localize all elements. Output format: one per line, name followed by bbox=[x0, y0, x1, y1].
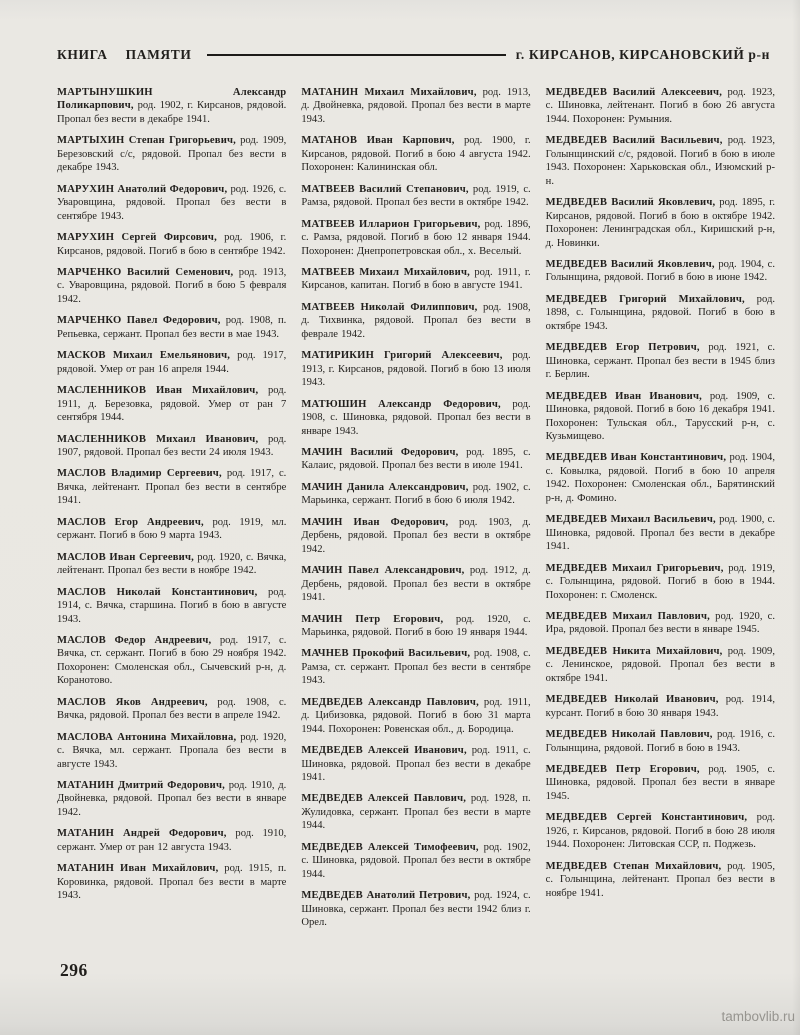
entry-name: МАЧИН Павел Александрович, bbox=[301, 565, 464, 576]
memorial-entry: МЕДВЕДЕВ Василий Васильевич, род. 1923, … bbox=[546, 134, 775, 188]
memorial-entry: МАТВЕЕВ Василий Степанович, род. 1919, с… bbox=[301, 183, 530, 210]
memorial-entry: МАТАНИН Иван Михайлович, род. 1915, п. К… bbox=[57, 862, 286, 902]
entry-name: МАТИРИКИН Григорий Алексеевич, bbox=[301, 350, 502, 361]
entry-name: МЕДВЕДЕВ Петр Егорович, bbox=[546, 764, 700, 775]
entry-name: МЕДВЕДЕВ Степан Михайлович, bbox=[546, 861, 722, 872]
memorial-entry: МЕДВЕДЕВ Василий Яковлевич, род. 1904, с… bbox=[546, 258, 775, 285]
memorial-entry: МАТИРИКИН Григорий Алексеевич, род. 1913… bbox=[301, 349, 530, 389]
memorial-entry: МЕДВЕДЕВ Михаил Григорьевич, род. 1919, … bbox=[546, 562, 775, 602]
entry-name: МАТАНОВ Иван Карпович, bbox=[301, 135, 454, 146]
memorial-entry: МАСЛОВ Иван Сергеевич, род. 1920, с. Вяч… bbox=[57, 551, 286, 578]
memorial-entry: МАЧИН Иван Федорович, род. 1903, д. Дерб… bbox=[301, 516, 530, 556]
memorial-entry: МАСЛОВ Федор Андреевич, род. 1917, с. Вя… bbox=[57, 634, 286, 688]
memorial-entry: МАСЛОВ Яков Андреевич, род. 1908, с. Вяч… bbox=[57, 696, 286, 723]
memorial-entry: МАРЧЕНКО Павел Федорович, род. 1908, п. … bbox=[57, 314, 286, 341]
entries-columns: МАРТЫНУШКИН Александр Поликарпович, род.… bbox=[57, 86, 775, 938]
entry-name: МЕДВЕДЕВ Василий Яковлевич, bbox=[546, 197, 716, 208]
memorial-entry: МЕДВЕДЕВ Алексей Тимофеевич, род. 1902, … bbox=[301, 841, 530, 881]
entry-name: МЕДВЕДЕВ Алексей Тимофеевич, bbox=[301, 842, 478, 853]
entry-name: МАСЛОВА Антонина Михайловна, bbox=[57, 732, 236, 743]
entry-name: МЕДВЕДЕВ Николай Иванович, bbox=[546, 694, 719, 705]
memorial-entry: МАТВЕЕВ Николай Филиппович, род. 1908, д… bbox=[301, 301, 530, 341]
entry-name: МЕДВЕДЕВ Анатолий Петрович, bbox=[301, 890, 470, 901]
memorial-entry: МАСЛЕННИКОВ Михаил Иванович, род. 1907, … bbox=[57, 433, 286, 460]
memorial-entry: МЕДВЕДЕВ Александр Павлович, род. 1911, … bbox=[301, 696, 530, 736]
entry-name: МАТАНИН Михаил Михайлович, bbox=[301, 87, 476, 98]
column-3: МЕДВЕДЕВ Василий Алексеевич, род. 1923, … bbox=[546, 86, 775, 938]
entry-name: МАТВЕЕВ Михаил Михайлович, bbox=[301, 267, 470, 278]
memorial-entry: МАТАНИН Михаил Михайлович, род. 1913, д.… bbox=[301, 86, 530, 126]
entry-name: МАЧНЕВ Прокофий Васильевич, bbox=[301, 648, 470, 659]
page-header: КНИГА ПАМЯТИ г. КИРСАНОВ, КИРСАНОВСКИЙ р… bbox=[57, 47, 770, 63]
entry-name: МЕДВЕДЕВ Сергей Константинович, bbox=[546, 812, 748, 823]
memorial-entry: МЕДВЕДЕВ Егор Петрович, род. 1921, с. Ши… bbox=[546, 341, 775, 381]
memorial-entry: МАЧИН Василий Федорович, род. 1895, с. К… bbox=[301, 446, 530, 473]
entry-name: МЕДВЕДЕВ Николай Павлович, bbox=[546, 729, 713, 740]
entry-name: МАСЛОВ Николай Константинович, bbox=[57, 587, 257, 598]
library-watermark: tambovlib.ru bbox=[721, 1009, 795, 1024]
memorial-entry: МАТАНОВ Иван Карпович, род. 1900, г. Кир… bbox=[301, 134, 530, 174]
memorial-entry: МЕДВЕДЕВ Николай Иванович, род. 1914, ку… bbox=[546, 693, 775, 720]
entry-name: МЕДВЕДЕВ Иван Иванович, bbox=[546, 391, 702, 402]
entry-name: МАРТЫХИН Степан Григорьевич, bbox=[57, 135, 236, 146]
memorial-entry: МАСКОВ Михаил Емельянович, род. 1917, ря… bbox=[57, 349, 286, 376]
memorial-entry: МЕДВЕДЕВ Анатолий Петрович, род. 1924, с… bbox=[301, 889, 530, 929]
entry-name: МАЧИН Данила Александрович, bbox=[301, 482, 468, 493]
entry-name: МАТВЕЕВ Николай Филиппович, bbox=[301, 302, 477, 313]
entry-name: МЕДВЕДЕВ Григорий Михайлович, bbox=[546, 294, 745, 305]
entry-name: МАТАНИН Дмитрий Федорович, bbox=[57, 780, 225, 791]
memorial-entry: МАРТЫНУШКИН Александр Поликарпович, род.… bbox=[57, 86, 286, 126]
page-number: 296 bbox=[60, 960, 88, 981]
region-title: г. КИРСАНОВ, КИРСАНОВСКИЙ р-н bbox=[516, 47, 770, 63]
book-title: КНИГА ПАМЯТИ bbox=[57, 47, 191, 63]
entry-name: МАРЧЕНКО Василий Семенович, bbox=[57, 267, 233, 278]
memorial-entry: МЕДВЕДЕВ Алексей Павлович, род. 1928, п.… bbox=[301, 792, 530, 832]
entry-name: МЕДВЕДЕВ Алексей Иванович, bbox=[301, 745, 467, 756]
entry-name: МАРУХИН Сергей Фирсович, bbox=[57, 232, 217, 243]
memorial-entry: МЕДВЕДЕВ Иван Иванович, род. 1909, с. Ши… bbox=[546, 390, 775, 444]
memorial-entry: МАЧИН Петр Егорович, род. 1920, с. Марьи… bbox=[301, 613, 530, 640]
entry-name: МАЧИН Василий Федорович, bbox=[301, 447, 458, 458]
entry-name: МЕДВЕДЕВ Михаил Васильевич, bbox=[546, 514, 716, 525]
entry-name: МЕДВЕДЕВ Михаил Павлович, bbox=[546, 611, 710, 622]
memorial-entry: МЕДВЕДЕВ Иван Константинович, род. 1904,… bbox=[546, 451, 775, 505]
book-page: КНИГА ПАМЯТИ г. КИРСАНОВ, КИРСАНОВСКИЙ р… bbox=[0, 0, 800, 1035]
entry-name: МАТВЕЕВ Илларион Григорьевич, bbox=[301, 219, 480, 230]
memorial-entry: МАРТЫХИН Степан Григорьевич, род. 1909, … bbox=[57, 134, 286, 174]
memorial-entry: МЕДВЕДЕВ Степан Михайлович, род. 1905, с… bbox=[546, 860, 775, 900]
memorial-entry: МЕДВЕДЕВ Сергей Константинович, род. 192… bbox=[546, 811, 775, 851]
entry-name: МАСЛОВ Егор Андреевич, bbox=[57, 517, 204, 528]
memorial-entry: МЕДВЕДЕВ Николай Павлович, род. 1916, с.… bbox=[546, 728, 775, 755]
entry-name: МЕДВЕДЕВ Никита Михайлович, bbox=[546, 646, 723, 657]
entry-name: МЕДВЕДЕВ Василий Алексеевич, bbox=[546, 87, 722, 98]
entry-name: МАСКОВ Михаил Емельянович, bbox=[57, 350, 230, 361]
entry-name: МЕДВЕДЕВ Александр Павлович, bbox=[301, 697, 479, 708]
entry-name: МЕДВЕДЕВ Михаил Григорьевич, bbox=[546, 563, 724, 574]
column-2: МАТАНИН Михаил Михайлович, род. 1913, д.… bbox=[301, 86, 530, 938]
memorial-entry: МАТАНИН Андрей Федорович, род. 1910, сер… bbox=[57, 827, 286, 854]
memorial-entry: МЕДВЕДЕВ Василий Яковлевич, род. 1895, г… bbox=[546, 196, 775, 250]
entry-name: МАТЮШИН Александр Федорович, bbox=[301, 399, 501, 410]
memorial-entry: МАТВЕЕВ Михаил Михайлович, род. 1911, г.… bbox=[301, 266, 530, 293]
memorial-entry: МАТВЕЕВ Илларион Григорьевич, род. 1896,… bbox=[301, 218, 530, 258]
memorial-entry: МАСЛОВ Егор Андреевич, род. 1919, мл. се… bbox=[57, 516, 286, 543]
entry-name: МАСЛОВ Яков Андреевич, bbox=[57, 697, 208, 708]
memorial-entry: МЕДВЕДЕВ Петр Егорович, род. 1905, с. Ши… bbox=[546, 763, 775, 803]
memorial-entry: МЕДВЕДЕВ Василий Алексеевич, род. 1923, … bbox=[546, 86, 775, 126]
entry-name: МАСЛЕННИКОВ Михаил Иванович, bbox=[57, 434, 258, 445]
entry-name: МЕДВЕДЕВ Егор Петрович, bbox=[546, 342, 700, 353]
memorial-entry: МАСЛОВ Николай Константинович, род. 1914… bbox=[57, 586, 286, 626]
memorial-entry: МЕДВЕДЕВ Алексей Иванович, род. 1911, с.… bbox=[301, 744, 530, 784]
entry-name: МАСЛОВ Иван Сергеевич, bbox=[57, 552, 194, 563]
entry-name: МЕДВЕДЕВ Василий Васильевич, bbox=[546, 135, 723, 146]
entry-name: МЕДВЕДЕВ Иван Константинович, bbox=[546, 452, 727, 463]
memorial-entry: МАРУХИН Анатолий Федорович, род. 1926, с… bbox=[57, 183, 286, 223]
memorial-entry: МАРЧЕНКО Василий Семенович, род. 1913, с… bbox=[57, 266, 286, 306]
entry-name: МАЧИН Петр Егорович, bbox=[301, 614, 443, 625]
entry-name: МАСЛОВ Владимир Сергеевич, bbox=[57, 468, 222, 479]
memorial-entry: МЕДВЕДЕВ Григорий Михайлович, род. 1898,… bbox=[546, 293, 775, 333]
memorial-entry: МАСЛЕННИКОВ Иван Михайлович, род. 1911, … bbox=[57, 384, 286, 424]
memorial-entry: МЕДВЕДЕВ Никита Михайлович, род. 1909, с… bbox=[546, 645, 775, 685]
memorial-entry: МАТЮШИН Александр Федорович, род. 1908, … bbox=[301, 398, 530, 438]
memorial-entry: МЕДВЕДЕВ Михаил Павлович, род. 1920, с. … bbox=[546, 610, 775, 637]
memorial-entry: МАСЛОВА Антонина Михайловна, род. 1920, … bbox=[57, 731, 286, 771]
memorial-entry: МАСЛОВ Владимир Сергеевич, род. 1917, с.… bbox=[57, 467, 286, 507]
entry-name: МЕДВЕДЕВ Алексей Павлович, bbox=[301, 793, 466, 804]
memorial-entry: МАРУХИН Сергей Фирсович, род. 1906, г. К… bbox=[57, 231, 286, 258]
entry-name: МАТАНИН Иван Михайлович, bbox=[57, 863, 218, 874]
memorial-entry: МАЧИН Павел Александрович, род. 1912, д.… bbox=[301, 564, 530, 604]
entry-name: МАСЛЕННИКОВ Иван Михайлович, bbox=[57, 385, 258, 396]
entry-name: МАРУХИН Анатолий Федорович, bbox=[57, 184, 227, 195]
entry-name: МАЧИН Иван Федорович, bbox=[301, 517, 448, 528]
entry-name: МЕДВЕДЕВ Василий Яковлевич, bbox=[546, 259, 715, 270]
entry-name: МАТВЕЕВ Василий Степанович, bbox=[301, 184, 468, 195]
entry-name: МАТАНИН Андрей Федорович, bbox=[57, 828, 227, 839]
memorial-entry: МЕДВЕДЕВ Михаил Васильевич, род. 1900, с… bbox=[546, 513, 775, 553]
column-1: МАРТЫНУШКИН Александр Поликарпович, род.… bbox=[57, 86, 286, 938]
entry-name: МАРЧЕНКО Павел Федорович, bbox=[57, 315, 221, 326]
header-rule bbox=[207, 54, 505, 56]
memorial-entry: МАЧНЕВ Прокофий Васильевич, род. 1908, с… bbox=[301, 647, 530, 687]
entry-name: МАСЛОВ Федор Андреевич, bbox=[57, 635, 211, 646]
memorial-entry: МАЧИН Данила Александрович, род. 1902, с… bbox=[301, 481, 530, 508]
memorial-entry: МАТАНИН Дмитрий Федорович, род. 1910, д.… bbox=[57, 779, 286, 819]
